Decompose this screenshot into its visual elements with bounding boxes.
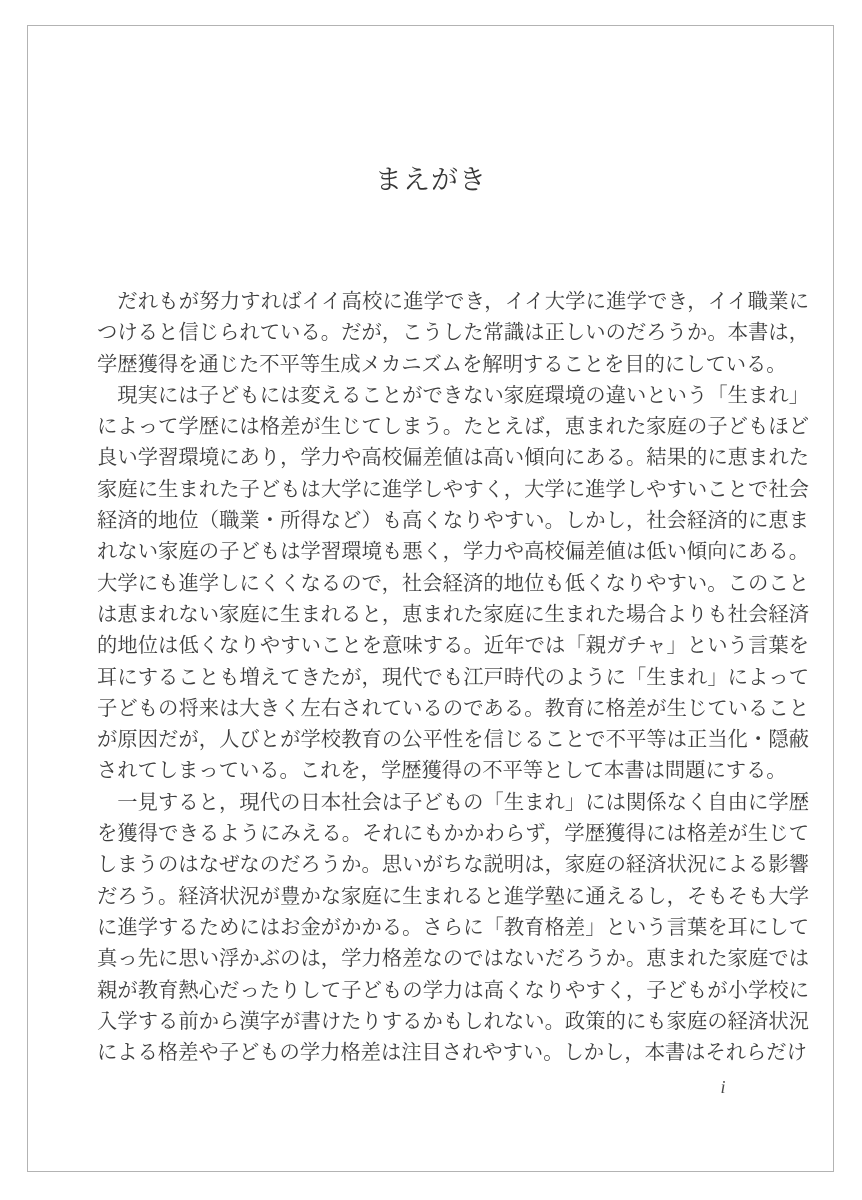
preface-body: だれもが努力すればイイ高校に進学でき，イイ大学に進学でき，イイ職業につけると信じ… (97, 287, 809, 1069)
preface-paragraph-2: 現実には子どもには変えることができない家庭環境の違いという「生まれ」によって学歴… (97, 381, 809, 788)
book-page: まえがき だれもが努力すればイイ高校に進学でき，イイ大学に進学でき，イイ職業につ… (0, 0, 862, 1200)
preface-paragraph-3: 一見すると，現代の日本社会は子どもの「生まれ」には関係なく自由に学歴を獲得できる… (97, 788, 809, 1070)
page-number: i (700, 1077, 746, 1098)
preface-paragraph-1: だれもが努力すればイイ高校に進学でき，イイ大学に進学でき，イイ職業につけると信じ… (97, 287, 809, 381)
preface-title: まえがき (0, 158, 862, 197)
